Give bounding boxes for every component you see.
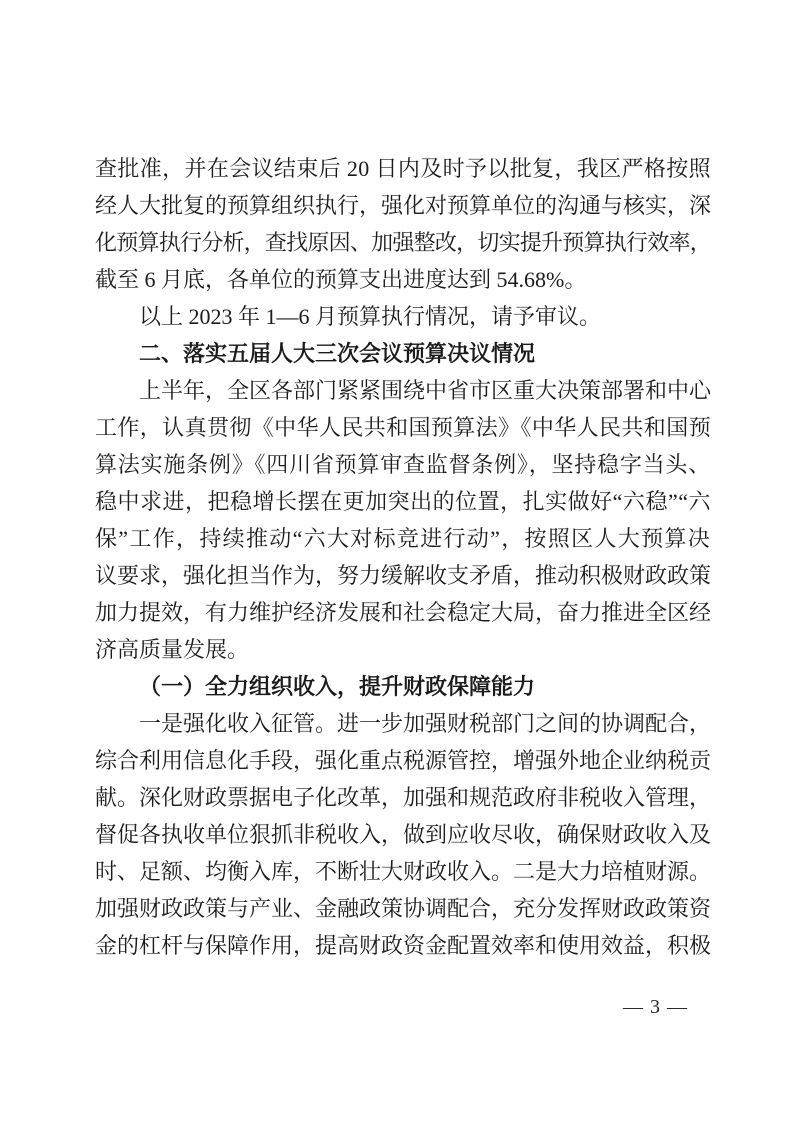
line-text: 金的杠杆与保障作用，提高财政资金配置效率和使用效益，积极 [95, 927, 711, 964]
document-line: 督促各执收单位狠抓非税收入，做到应收尽收，确保财政收入及 [95, 816, 711, 853]
line-text: 济高质量发展。 [95, 631, 249, 668]
section-heading: （一）全力组织收入，提升财政保障能力 [95, 668, 711, 705]
line-text: （一）全力组织收入，提升财政保障能力 [139, 668, 535, 705]
paragraph: 以上 2023 年 1—6 月预算执行情况，请予审议。 [95, 298, 711, 335]
document-line: 查批准，并在会议结束后 20 日内及时予以批复，我区严格按照 [95, 150, 711, 187]
document-line: 济高质量发展。 [95, 631, 711, 668]
document-line: 金的杠杆与保障作用，提高财政资金配置效率和使用效益，积极 [95, 927, 711, 964]
paragraph: 上半年，全区各部门紧紧围绕中省市区重大决策部署和中心工作，认真贯彻《中华人民共和… [95, 372, 711, 668]
line-text: 上半年，全区各部门紧紧围绕中省市区重大决策部署和中心 [139, 372, 711, 409]
document-line: 经人大批复的预算组织执行，强化对预算单位的沟通与核实，深 [95, 187, 711, 224]
line-text: 工作，认真贯彻《中华人民共和国预算法》《中华人民共和国预 [95, 409, 711, 446]
document-line: （一）全力组织收入，提升财政保障能力 [95, 668, 711, 705]
line-text: 时、足额、均衡入库，不断壮大财政收入。二是大力培植财源。 [95, 853, 711, 890]
line-text: 督促各执收单位狠抓非税收入，做到应收尽收，确保财政收入及 [95, 816, 711, 853]
document-line: 二、落实五届人大三次会议预算决议情况 [95, 335, 711, 372]
line-text: 以上 2023 年 1—6 月预算执行情况，请予审议。 [139, 298, 601, 335]
line-text: 献。深化财政票据电子化改革，加强和规范政府非税收入管理， [95, 779, 711, 816]
document-line: 工作，认真贯彻《中华人民共和国预算法》《中华人民共和国预 [95, 409, 711, 446]
document-content: 查批准，并在会议结束后 20 日内及时予以批复，我区严格按照经人大批复的预算组织… [95, 150, 711, 964]
document-line: 议要求，强化担当作为，努力缓解收支矛盾，推动积极财政政策 [95, 557, 711, 594]
document-line: 化预算执行分析，查找原因、加强整改，切实提升预算执行效率， [95, 224, 711, 261]
document-line: 上半年，全区各部门紧紧围绕中省市区重大决策部署和中心 [95, 372, 711, 409]
page-number: — 3 — [623, 997, 688, 1017]
document-line: 截至 6 月底，各单位的预算支出进度达到 54.68%。 [95, 261, 711, 298]
document-line: 一是强化收入征管。进一步加强财税部门之间的协调配合， [95, 705, 711, 742]
line-text: 综合利用信息化手段，强化重点税源管控，增强外地企业纳税贡 [95, 742, 711, 779]
line-text: 二、落实五届人大三次会议预算决议情况 [139, 335, 535, 372]
document-line: 以上 2023 年 1—6 月预算执行情况，请予审议。 [95, 298, 711, 335]
line-text: 加强财政政策与产业、金融政策协调配合，充分发挥财政政策资 [95, 890, 711, 927]
line-text: 截至 6 月底，各单位的预算支出进度达到 54.68%。 [95, 261, 586, 298]
section-heading: 二、落实五届人大三次会议预算决议情况 [95, 335, 711, 372]
line-text: 保”工作，持续推动“六大对标竞进行动”，按照区人大预算决 [95, 520, 711, 557]
document-line: 加强财政政策与产业、金融政策协调配合，充分发挥财政政策资 [95, 890, 711, 927]
paragraph: 一是强化收入征管。进一步加强财税部门之间的协调配合，综合利用信息化手段，强化重点… [95, 705, 711, 964]
document-line: 加力提效，有力维护经济发展和社会稳定大局，奋力推进全区经 [95, 594, 711, 631]
line-text: 稳中求进，把稳增长摆在更加突出的位置，扎实做好“六稳”“六 [95, 483, 711, 520]
document-line: 综合利用信息化手段，强化重点税源管控，增强外地企业纳税贡 [95, 742, 711, 779]
line-text: 查批准，并在会议结束后 20 日内及时予以批复，我区严格按照 [95, 150, 711, 187]
document-line: 稳中求进，把稳增长摆在更加突出的位置，扎实做好“六稳”“六 [95, 483, 711, 520]
document-line: 保”工作，持续推动“六大对标竞进行动”，按照区人大预算决 [95, 520, 711, 557]
line-text: 议要求，强化担当作为，努力缓解收支矛盾，推动积极财政政策 [95, 557, 711, 594]
line-text: 加力提效，有力维护经济发展和社会稳定大局，奋力推进全区经 [95, 594, 711, 631]
document-line: 算法实施条例》《四川省预算审查监督条例》，坚持稳字当头、 [95, 446, 711, 483]
line-text: 经人大批复的预算组织执行，强化对预算单位的沟通与核实，深 [95, 187, 711, 224]
line-text: 算法实施条例》《四川省预算审查监督条例》，坚持稳字当头、 [95, 446, 711, 483]
document-page: 查批准，并在会议结束后 20 日内及时予以批复，我区严格按照经人大批复的预算组织… [0, 0, 793, 1122]
document-line: 献。深化财政票据电子化改革，加强和规范政府非税收入管理， [95, 779, 711, 816]
paragraph: 查批准，并在会议结束后 20 日内及时予以批复，我区严格按照经人大批复的预算组织… [95, 150, 711, 298]
line-text: 一是强化收入征管。进一步加强财税部门之间的协调配合， [139, 705, 711, 742]
line-text: 化预算执行分析，查找原因、加强整改，切实提升预算执行效率， [95, 224, 711, 261]
document-line: 时、足额、均衡入库，不断壮大财政收入。二是大力培植财源。 [95, 853, 711, 890]
